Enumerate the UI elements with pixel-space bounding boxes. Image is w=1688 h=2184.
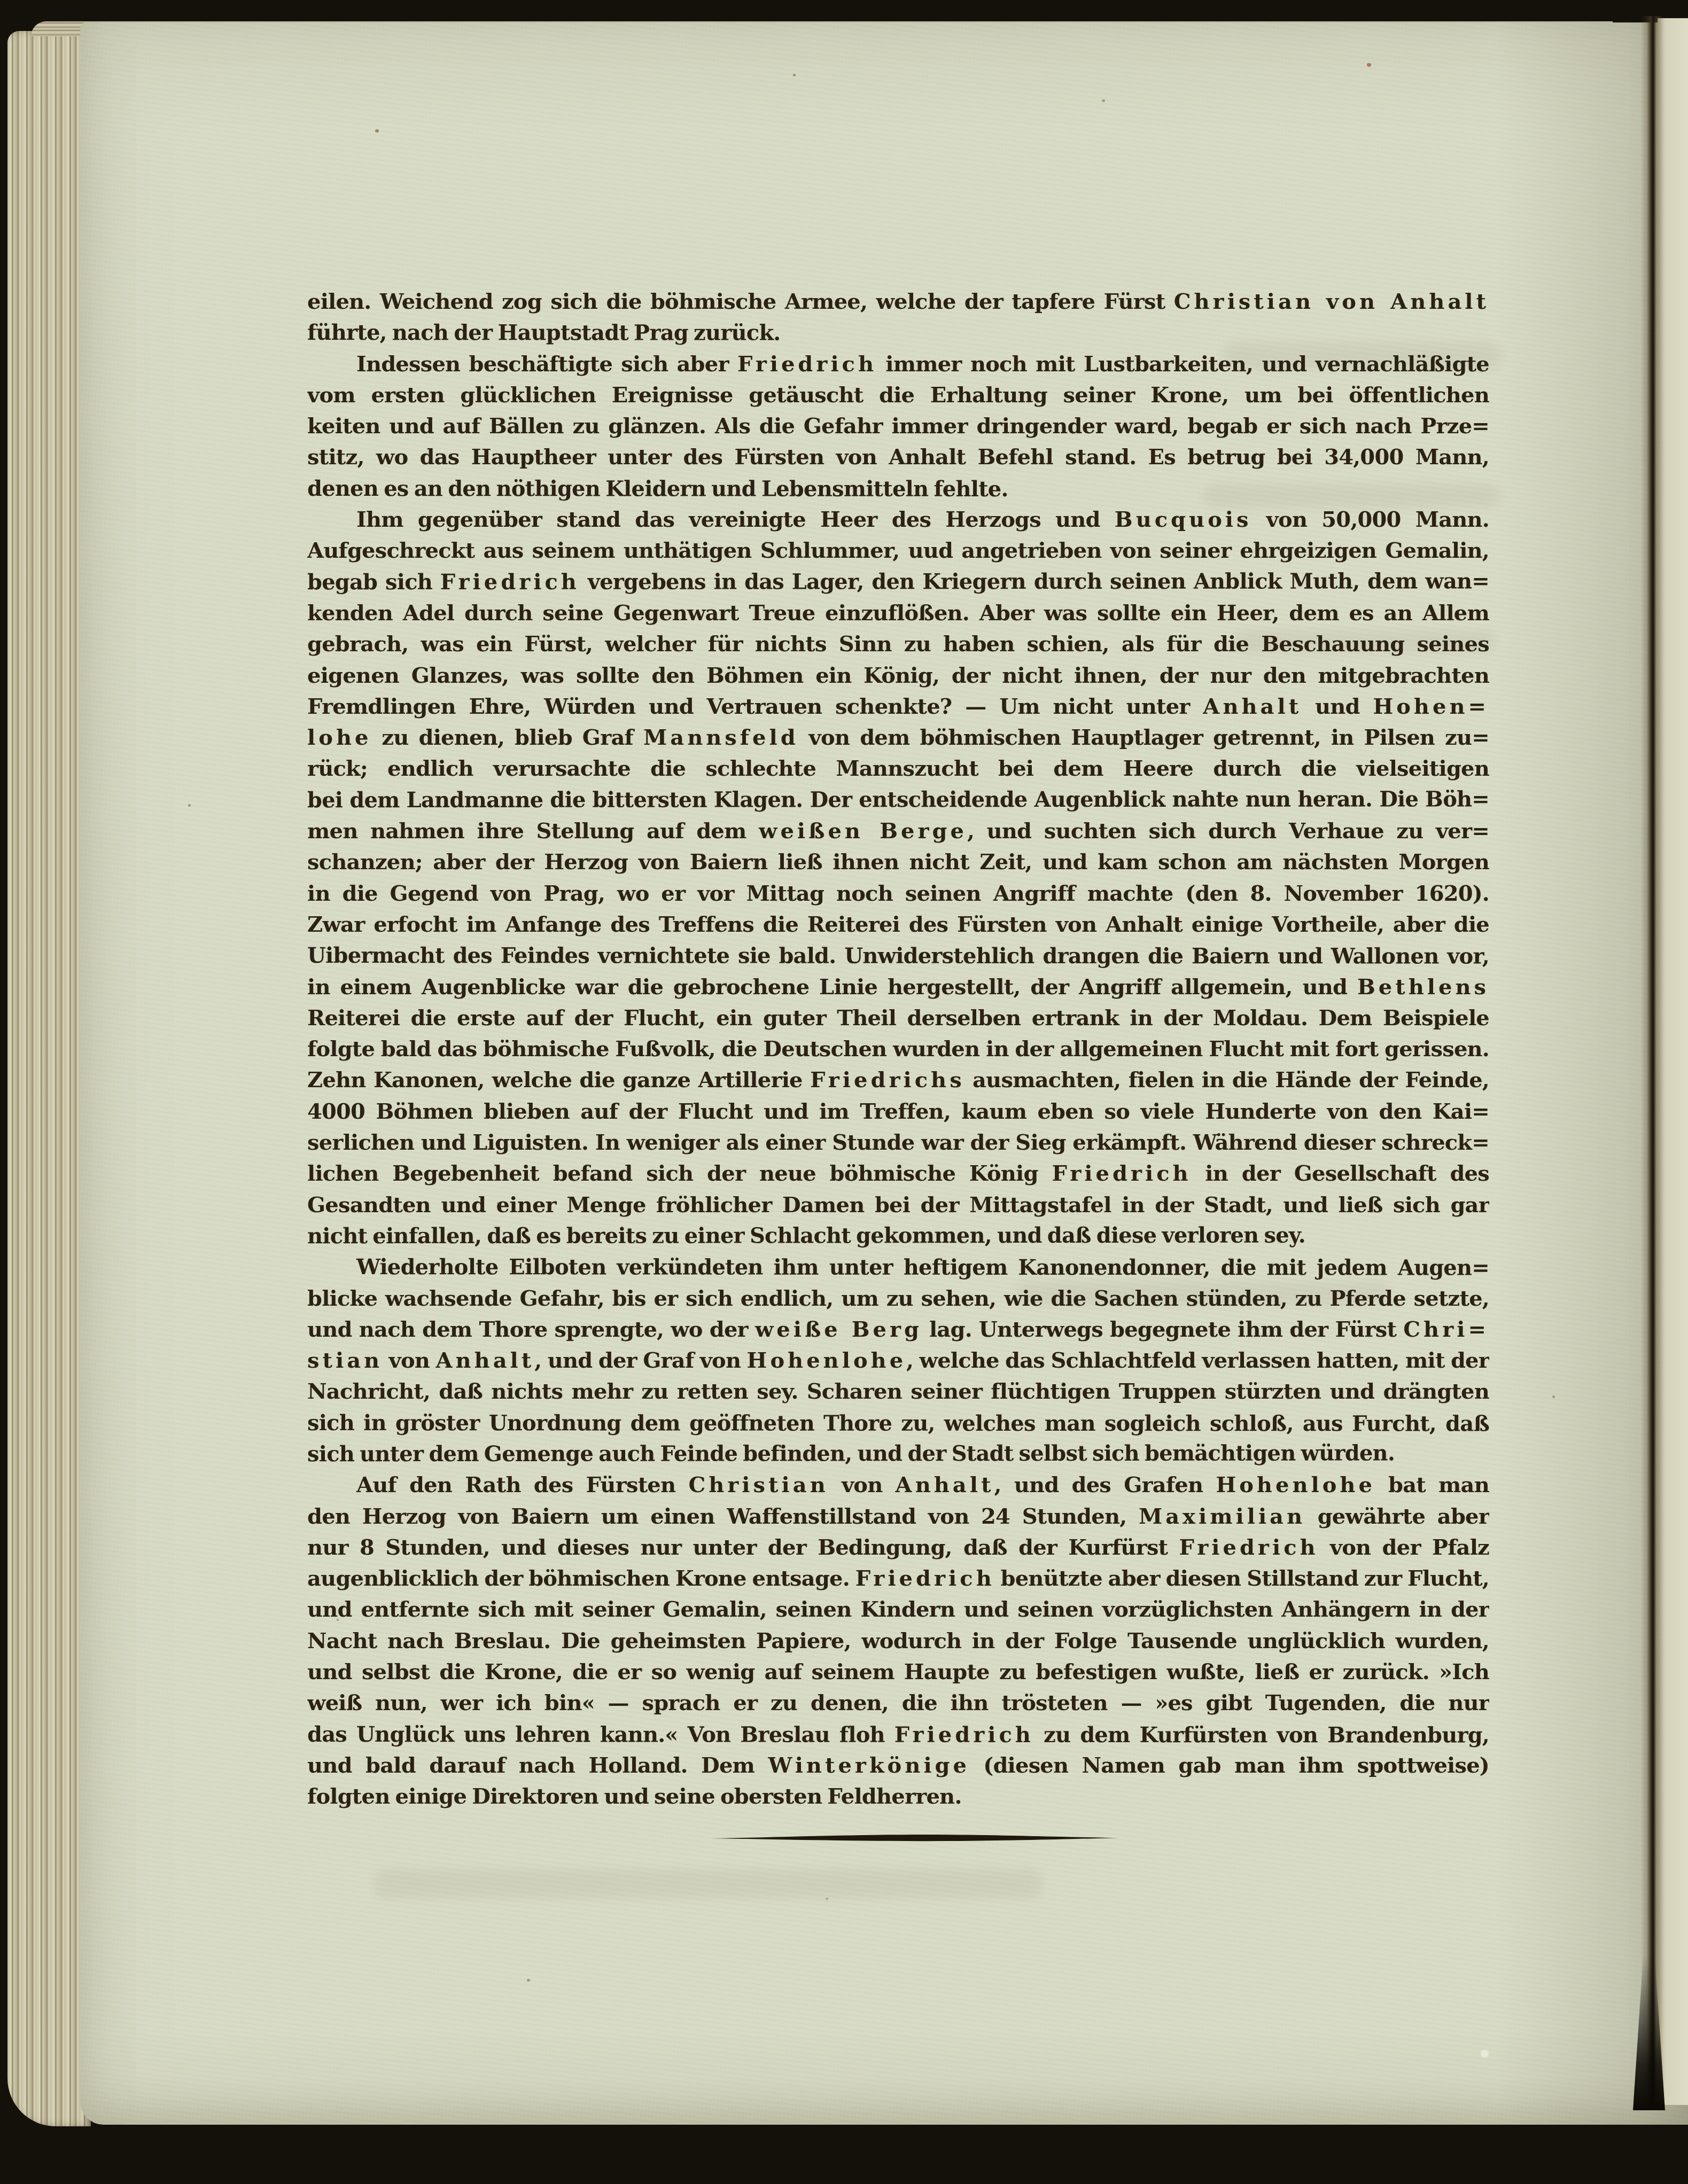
text-line: und bald darauf nach Holland. Dem Winter… — [307, 1750, 1489, 1781]
binding-gutter-crease — [1640, 16, 1664, 2106]
letterspaced-proper-name: Mannsfeld — [643, 726, 799, 751]
text-line: Auf den Rath des Fürsten Christian von A… — [307, 1470, 1489, 1501]
text-line: gebrach, was ein Fürst, welcher für nich… — [307, 629, 1489, 660]
letterspaced-proper-name: Anhalt — [435, 1348, 534, 1373]
letterspaced-proper-name: Bethlens — [1357, 974, 1489, 1000]
letterspaced-proper-name: Hohen= — [1373, 694, 1489, 719]
letterspaced-proper-name: Anhalt — [896, 1473, 994, 1498]
letterspaced-proper-name: Winterkönige — [768, 1753, 970, 1778]
text-line: Ihm gegenüber stand das vereinigte Heer … — [307, 504, 1489, 535]
text-line: weiß nun, wer ich bin« — sprach er zu de… — [307, 1688, 1489, 1719]
page-stack-left-edges — [7, 31, 91, 2126]
section-divider-rule — [710, 1834, 1119, 1842]
letterspaced-proper-name: Friedrich — [440, 569, 580, 594]
letterspaced-proper-name: lohe — [307, 726, 371, 751]
text-line: und selbst die Krone, die er so wenig au… — [307, 1657, 1489, 1688]
text-line: kenden Adel durch seine Gegenwart Treue … — [307, 598, 1489, 629]
letterspaced-proper-name: stian — [307, 1348, 383, 1373]
letterspaced-proper-name: Anhalt — [1203, 694, 1302, 719]
text-line: folgten einige Direktoren und seine ober… — [307, 1781, 1489, 1812]
text-line: eigenen Glanzes, was sollte den Böhmen e… — [307, 660, 1489, 691]
text-line: blicke wachsende Gefahr, bis er sich end… — [307, 1283, 1489, 1314]
letterspaced-proper-name: Friedrich — [1179, 1535, 1318, 1560]
text-line: lohe zu dienen, blieb Graf Mannsfeld von… — [307, 723, 1489, 754]
letterspaced-proper-name: Christian von Anhalt — [1174, 289, 1489, 314]
text-line: Zwar erfocht im Anfange des Treffens die… — [307, 909, 1489, 940]
text-line: Wiederholte Eilboten verkündeten ihm unt… — [307, 1252, 1489, 1284]
letterspaced-proper-name: Hohenlohe — [747, 1348, 907, 1373]
text-line: schanzen; aber der Herzog von Baiern lie… — [307, 847, 1489, 878]
text-line: keiten und auf Bällen zu glänzen. Als di… — [307, 411, 1489, 442]
text-line: führte, nach der Hauptstadt Prag zurück. — [307, 317, 1489, 349]
letterspaced-proper-name: weiße Berg — [755, 1317, 922, 1342]
text-line: nur 8 Stunden, und dieses nur unter der … — [307, 1532, 1489, 1563]
swelled-rule-shape — [710, 1834, 1119, 1842]
letterspaced-proper-name: weißen Berge — [759, 818, 967, 844]
letterspaced-proper-name: Chri= — [1403, 1317, 1489, 1342]
text-line: denen es an den nöthigen Kleidern und Le… — [307, 473, 1489, 505]
text-line: Uibermacht des Feindes vernichtete sie b… — [307, 940, 1489, 972]
body-text: eilen. Weichend zog sich die böhmische A… — [307, 286, 1489, 1813]
text-line: men nahmen ihre Stellung auf dem weißen … — [307, 816, 1489, 847]
text-line: Zehn Kanonen, welche die ganze Artilleri… — [307, 1065, 1489, 1096]
text-line: eilen. Weichend zog sich die böhmische A… — [307, 286, 1489, 317]
text-line: stian von Anhalt, und der Graf von Hohen… — [307, 1345, 1489, 1376]
text-line: Indessen beschäftigte sich aber Friedric… — [307, 349, 1489, 380]
text-line: serlichen und Liguisten. In weniger als … — [307, 1127, 1489, 1158]
text-line: und nach dem Thore sprengte, wo der weiß… — [307, 1314, 1489, 1345]
text-line: Aufgeschreckt aus seinem unthätigen Schl… — [307, 536, 1489, 567]
text-line: vom ersten glücklichen Ereignisse getäus… — [307, 380, 1489, 411]
text-line: in die Gegend von Prag, wo er vor Mittag… — [307, 878, 1489, 909]
letterspaced-proper-name: Friedrich — [1052, 1161, 1191, 1186]
text-line: Nachricht, daß nichts mehr zu retten sey… — [307, 1377, 1489, 1408]
text-line: in einem Augenblicke war die gebrochene … — [307, 972, 1489, 1003]
letterspaced-proper-name: Christian — [688, 1473, 828, 1498]
letterspaced-proper-name: Friedrichs — [810, 1067, 965, 1093]
letterspaced-proper-name: Bucquois — [1115, 507, 1252, 532]
text-line: und entfernte sich mit seiner Gemalin, s… — [307, 1594, 1489, 1625]
book-scan: { "document": { "kind": "scanned book pa… — [0, 0, 1688, 2184]
text-line: das Unglück uns lehren kann.« Von Bresla… — [307, 1719, 1489, 1751]
text-line: lichen Begebenheit befand sich der neue … — [307, 1158, 1489, 1189]
text-line: nicht einfallen, daß es bereits zu einer… — [307, 1220, 1489, 1252]
text-line: Fremdlingen Ehre, Würden und Vertrauen s… — [307, 691, 1489, 722]
text-line: Reiterei die erste auf der Flucht, ein g… — [307, 1003, 1489, 1034]
text-line: sich unter dem Gemenge auch Feinde befin… — [307, 1438, 1489, 1470]
text-line: augenblicklich der böhmischen Krone ents… — [307, 1564, 1489, 1595]
text-line: stitz, wo das Hauptheer unter des Fürste… — [307, 442, 1489, 473]
letterspaced-proper-name: Maximilian — [1139, 1504, 1305, 1529]
text-line: begab sich Friedrich vergebens in das La… — [307, 566, 1489, 598]
letterspaced-proper-name: Friedrich — [737, 352, 877, 377]
letterspaced-proper-name: Friedrich — [894, 1722, 1034, 1747]
text-line: 4000 Böhmen blieben auf der Flucht und i… — [307, 1096, 1489, 1127]
text-line: folgte bald das böhmische Fußvolk, die D… — [307, 1034, 1489, 1065]
letterspaced-proper-name: Hohenlohe — [1216, 1473, 1375, 1498]
text-line: sich in gröster Unordnung dem geöffneten… — [307, 1408, 1489, 1440]
text-line: Gesandten und einer Menge fröhlicher Dam… — [307, 1190, 1489, 1221]
letterspaced-proper-name: Friedrich — [855, 1566, 995, 1592]
text-line: bei dem Landmanne die bittersten Klagen.… — [307, 784, 1489, 816]
text-line: rück; endlich verursachte die schlechte … — [307, 753, 1489, 784]
text-line: Nacht nach Breslau. Die geheimsten Papie… — [307, 1626, 1489, 1657]
text-line: den Herzog von Baiern um einen Waffensti… — [307, 1501, 1489, 1532]
